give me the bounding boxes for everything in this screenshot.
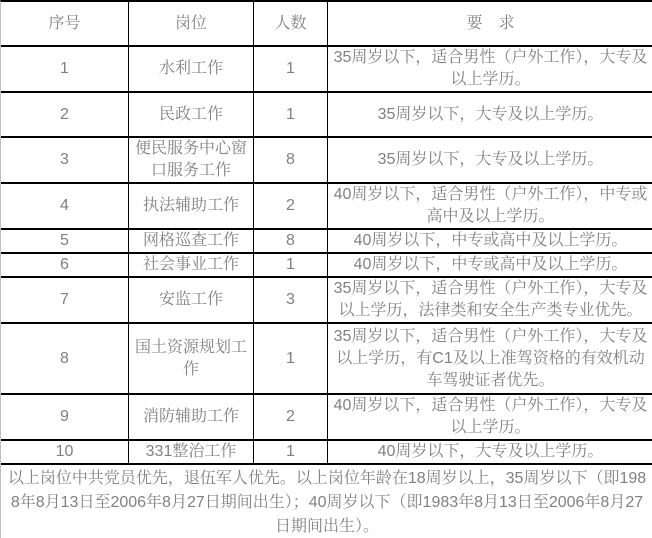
header-row: 序号 岗位 人数 要 求 <box>1 2 652 47</box>
table-row: 3 便民服务中心窗口服务工作 8 35周岁以下，大专及以上学历。 <box>1 138 652 184</box>
cell-count: 3 <box>254 278 328 324</box>
cell-no: 3 <box>1 138 129 184</box>
cell-requirement: 35周岁以下，适合男性（户外工作），大专及以上学历，有C1及以上准驾资格的有效机… <box>328 324 652 395</box>
cell-requirement: 35周岁以下，适合男性（户外工作），大专及以上学历。 <box>328 47 652 93</box>
cell-position: 水利工作 <box>129 47 254 93</box>
cell-count: 2 <box>254 184 328 230</box>
table-row: 6 社会事业工作 1 40周岁以下，中专或高中及以上学历。 <box>1 254 652 278</box>
table-row: 2 民政工作 1 35周岁以下，大专及以上学历。 <box>1 93 652 138</box>
cell-no: 7 <box>1 278 129 324</box>
cell-count: 1 <box>254 441 328 465</box>
cell-requirement: 40周岁以下，适合男性（户外工作），中专或高中及以上学历。 <box>328 184 652 230</box>
header-count: 人数 <box>254 2 328 47</box>
cell-position: 网格巡查工作 <box>129 230 254 254</box>
cell-count: 1 <box>254 47 328 93</box>
cell-requirement: 35周岁以下，大专及以上学历。 <box>328 93 652 138</box>
header-no: 序号 <box>1 2 129 47</box>
cell-count: 8 <box>254 230 328 254</box>
cell-count: 2 <box>254 395 328 441</box>
cell-requirement: 40周岁以下，大专及以上学历。 <box>328 441 652 465</box>
cell-position: 社会事业工作 <box>129 254 254 278</box>
cell-requirement: 40周岁以下，中专或高中及以上学历。 <box>328 230 652 254</box>
cell-requirement: 35周岁以下，大专及以上学历。 <box>328 138 652 184</box>
cell-no: 8 <box>1 324 129 395</box>
cell-position: 消防辅助工作 <box>129 395 254 441</box>
cell-count: 1 <box>254 254 328 278</box>
footer-note: 以上岗位中共党员优先，退伍军人优先。以上岗位年龄在18周岁以上，35周岁以下（即… <box>1 465 652 538</box>
header-position: 岗位 <box>129 2 254 47</box>
cell-requirement: 40周岁以下，中专或高中及以上学历。 <box>328 254 652 278</box>
cell-no: 4 <box>1 184 129 230</box>
cell-position: 民政工作 <box>129 93 254 138</box>
cell-position: 国土资源规划工作 <box>129 324 254 395</box>
header-requirement: 要 求 <box>328 2 652 47</box>
table-row: 4 执法辅助工作 2 40周岁以下，适合男性（户外工作），中专或高中及以上学历。 <box>1 184 652 230</box>
cell-position: 331整治工作 <box>129 441 254 465</box>
cell-no: 6 <box>1 254 129 278</box>
job-requirements-table: 序号 岗位 人数 要 求 1 水利工作 1 35周岁以下，适合男性（户外工作），… <box>0 0 652 538</box>
cell-requirement: 40周岁以下，适合男性（户外工作），大专及以上学历。 <box>328 395 652 441</box>
table-row: 7 安监工作 3 35周岁以下，适合男性（户外工作），大专及以上学历，法律类和安… <box>1 278 652 324</box>
cell-count: 8 <box>254 138 328 184</box>
cell-count: 1 <box>254 324 328 395</box>
footer-note-row: 以上岗位中共党员优先，退伍军人优先。以上岗位年龄在18周岁以上，35周岁以下（即… <box>1 465 652 538</box>
cell-no: 5 <box>1 230 129 254</box>
table-row: 9 消防辅助工作 2 40周岁以下，适合男性（户外工作），大专及以上学历。 <box>1 395 652 441</box>
cell-no: 2 <box>1 93 129 138</box>
cell-count: 1 <box>254 93 328 138</box>
page: 序号 岗位 人数 要 求 1 水利工作 1 35周岁以下，适合男性（户外工作），… <box>0 0 652 538</box>
cell-position: 安监工作 <box>129 278 254 324</box>
cell-requirement: 35周岁以下，适合男性（户外工作），大专及以上学历，法律类和安全生产类专业优先。 <box>328 278 652 324</box>
table-row: 8 国土资源规划工作 1 35周岁以下，适合男性（户外工作），大专及以上学历，有… <box>1 324 652 395</box>
table-row: 10 331整治工作 1 40周岁以下，大专及以上学历。 <box>1 441 652 465</box>
cell-no: 9 <box>1 395 129 441</box>
cell-position: 便民服务中心窗口服务工作 <box>129 138 254 184</box>
table-row: 1 水利工作 1 35周岁以下，适合男性（户外工作），大专及以上学历。 <box>1 47 652 93</box>
cell-no: 1 <box>1 47 129 93</box>
cell-position: 执法辅助工作 <box>129 184 254 230</box>
cell-no: 10 <box>1 441 129 465</box>
table-row: 5 网格巡查工作 8 40周岁以下，中专或高中及以上学历。 <box>1 230 652 254</box>
